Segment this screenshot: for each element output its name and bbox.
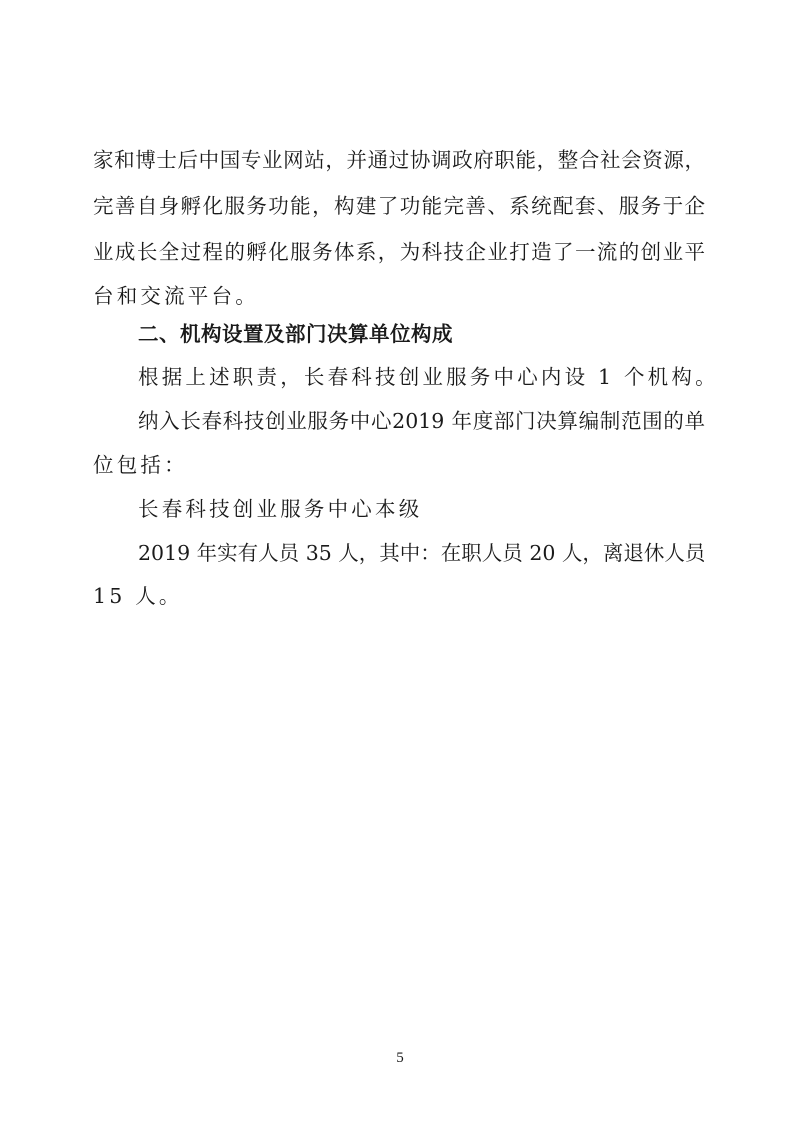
paragraph-line: 业成长全过程的孵化服务体系，为科技企业打造了一流的创业平 — [93, 238, 705, 266]
paragraph-line: 2019 年实有人员 35 人，其中：在职人员 20 人，离退休人员 — [138, 539, 705, 567]
document-page: 家和博士后中国专业网站，并通过协调政府职能，整合社会资源， 完善自身孵化服务功能… — [0, 0, 800, 1132]
paragraph-line: 完善自身孵化服务功能，构建了功能完善、系统配套、服务于企 — [93, 192, 705, 220]
paragraph-line: 15 人。 — [93, 582, 183, 610]
section-heading: 二、机构设置及部门决算单位构成 — [138, 320, 453, 348]
page-number: 5 — [390, 1049, 410, 1067]
paragraph-line: 家和博士后中国专业网站，并通过协调政府职能，整合社会资源， — [93, 146, 705, 174]
paragraph-line: 位包括： — [93, 451, 188, 479]
paragraph-line: 纳入长春科技创业服务中心2019 年度部门决算编制范围的单 — [138, 407, 705, 435]
paragraph-text: 长春科技创业服务中心本级 — [138, 495, 422, 523]
paragraph-text: 根据上述职责，长春科技创业服务中心内设 1 个机构。 — [138, 363, 719, 391]
paragraph-line: 台和交流平台。 — [93, 282, 259, 310]
